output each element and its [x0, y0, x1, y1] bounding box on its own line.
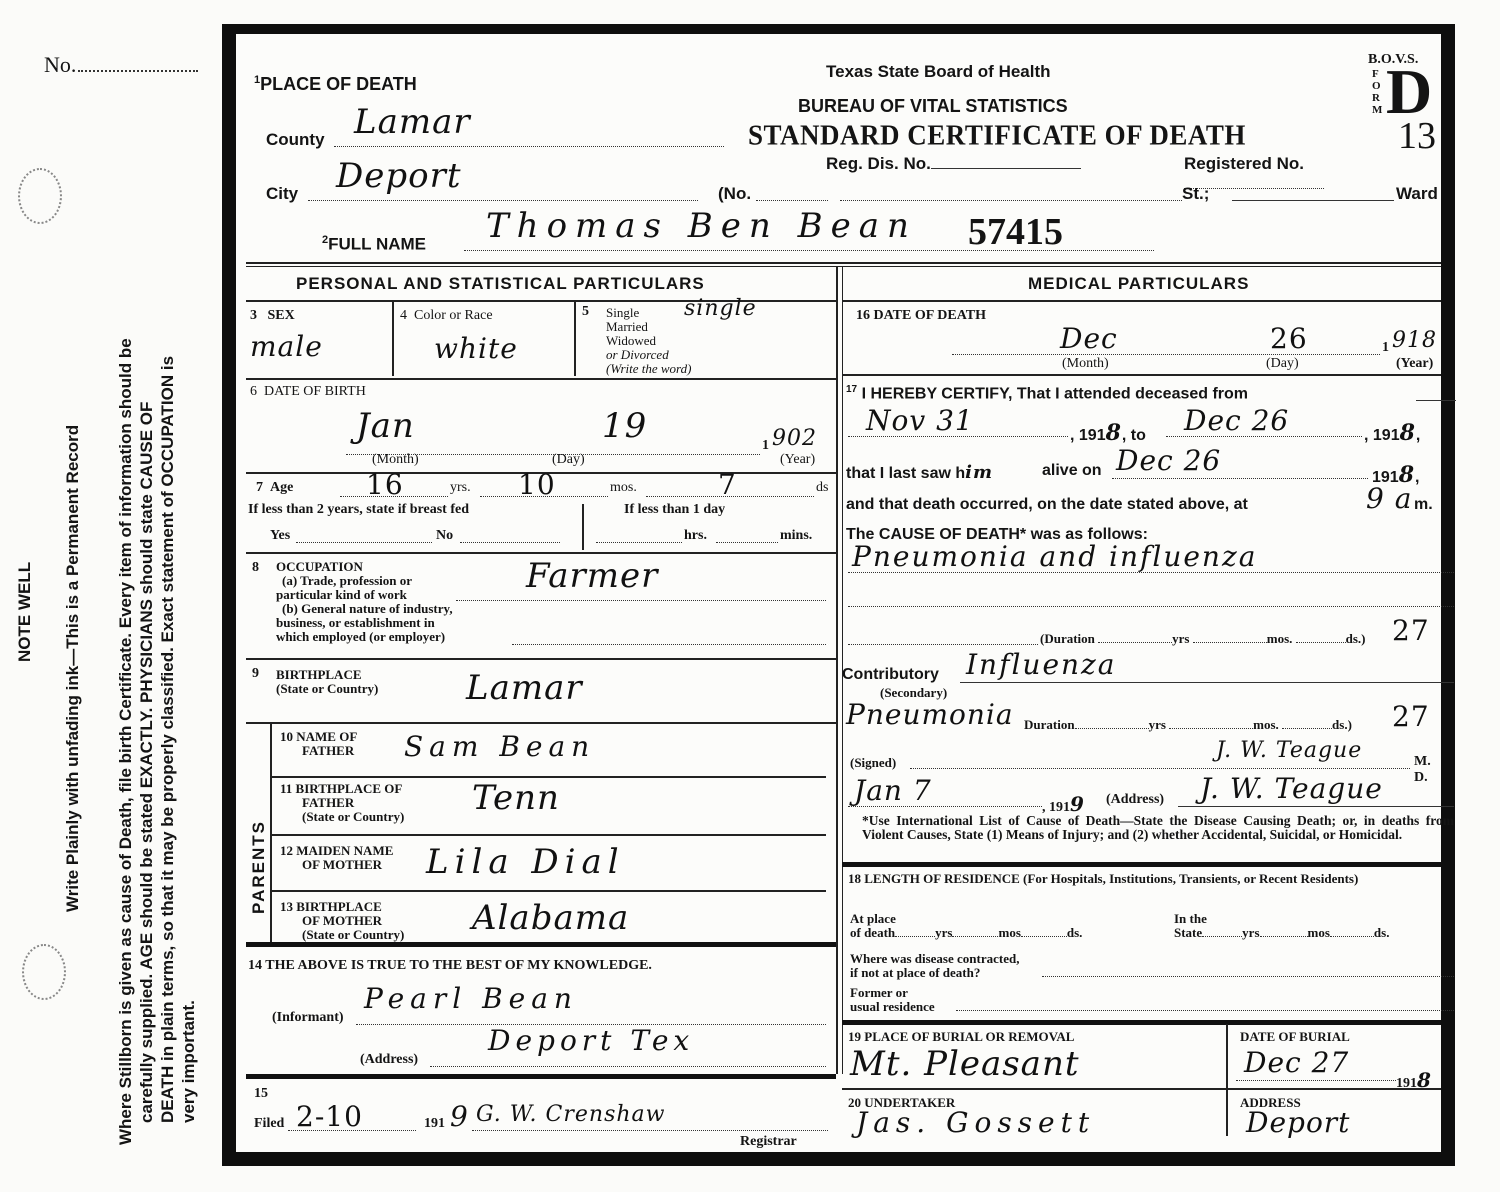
race-field[interactable]: white — [434, 332, 518, 365]
mother-name-field[interactable]: Lila Dial — [426, 842, 625, 882]
divider — [1226, 1024, 1228, 1136]
cause-line-2[interactable] — [848, 606, 1454, 607]
city-label: City — [266, 184, 298, 204]
divider — [246, 658, 836, 660]
divider — [842, 862, 1441, 867]
cause-footnote: *Use International List of Cause of Deat… — [862, 814, 1454, 842]
signed-label: (Signed) — [850, 756, 896, 770]
file-number: No. — [44, 52, 198, 78]
divider — [246, 942, 836, 947]
divider — [270, 890, 826, 892]
marital-options: Single Married Widowed or Divorced (Writ… — [606, 306, 691, 376]
contracted-label: Where was disease contracted, if not at … — [850, 952, 1019, 980]
marital-field[interactable]: single — [684, 296, 757, 321]
contributory-label: Contributory — [842, 666, 939, 684]
informant-field[interactable]: Pearl Bean — [364, 982, 578, 1015]
alive-on-label: alive on — [1042, 462, 1102, 480]
from-year-field[interactable]: 8 — [1106, 420, 1122, 446]
sex-label: 3 SEX — [250, 308, 295, 324]
month-caption: (Month) — [372, 452, 419, 468]
burial-date-field[interactable]: Dec 27 — [1244, 1046, 1349, 1079]
hours-field[interactable] — [596, 542, 682, 543]
former-residence-field[interactable] — [956, 1010, 1454, 1011]
instruction-line: Where Stillborn is given as cause of Dea… — [115, 338, 136, 1145]
breast-fed-no-label: No — [436, 528, 453, 544]
occupation-a-line — [456, 600, 826, 601]
alive-date-line — [1112, 478, 1368, 479]
in-state-label: In the Stateyrsmosds. — [1174, 912, 1389, 940]
sex-field[interactable]: male — [250, 330, 323, 363]
burial-place-field[interactable]: Mt. Pleasant — [850, 1044, 1080, 1084]
attended-from-field[interactable]: Nov 31 — [866, 404, 974, 437]
informant-statement: 14 THE ABOVE IS TRUE TO THE BEST OF MY K… — [248, 958, 652, 974]
divider — [270, 834, 826, 836]
instructions-block: Where Stillborn is given as cause of Dea… — [115, 338, 199, 1145]
alive-date-field[interactable]: Dec 26 — [1116, 444, 1221, 477]
mins-label: mins. — [780, 528, 812, 544]
less-than-day-label: If less than 1 day — [624, 502, 725, 518]
day-caption: (Day) — [1266, 356, 1299, 372]
write-plainly-note: Write Plainly with unfading ink—This is … — [62, 425, 83, 912]
informant-label: (Informant) — [272, 1010, 344, 1026]
birthplace-field[interactable]: Lamar — [466, 668, 583, 708]
full-name-field[interactable]: Thomas Ben Bean — [486, 206, 917, 246]
contracted-field[interactable] — [1042, 976, 1454, 977]
occupation-field[interactable]: Farmer — [526, 556, 658, 596]
instruction-line: DEATH in plain terms, so that it may be … — [157, 338, 178, 1145]
street-field[interactable] — [840, 200, 1182, 201]
certify-line — [1416, 400, 1456, 401]
contributory-duration-label: Durationyrs mos. ds.) — [1024, 718, 1352, 732]
ward-label: Ward — [1396, 184, 1438, 204]
informant-address-field[interactable]: Deport Tex — [488, 1024, 694, 1057]
dob-year-field[interactable]: 902 — [772, 426, 817, 451]
street-no-field[interactable] — [756, 200, 828, 201]
ds-label: ds — [816, 480, 828, 496]
divider — [582, 504, 584, 550]
undertaker-field[interactable]: Jas. Gossett — [856, 1106, 1095, 1139]
age-years-field[interactable]: 16 — [366, 468, 404, 501]
occupation-num: 8 — [252, 560, 259, 576]
birthplace-label: BIRTHPLACE (State or Country) — [276, 668, 378, 696]
mos-label: mos. — [610, 480, 637, 496]
city-field-line — [308, 200, 698, 201]
attended-to-field[interactable]: Dec 26 — [1184, 404, 1289, 437]
divider — [842, 1088, 1441, 1090]
residence-heading: 18 LENGTH OF RESIDENCE (For Hospitals, I… — [848, 872, 1458, 886]
punch-hole-icon — [22, 944, 66, 1000]
burial-place-label: 19 PLACE OF BURIAL OR REMOVAL — [848, 1030, 1074, 1044]
registrar-line — [472, 1130, 828, 1131]
divider — [246, 1074, 836, 1079]
signed-line — [910, 768, 1410, 769]
at-place-label: At place of deathyrsmosds. — [850, 912, 1082, 940]
note-well-label: NOTE WELL — [14, 562, 35, 662]
dob-day-field[interactable]: 19 — [602, 406, 647, 446]
death-time-field[interactable]: 9 a — [1366, 482, 1412, 515]
minutes-field[interactable] — [716, 542, 778, 543]
physician-address-label: (Address) — [1106, 792, 1164, 808]
instruction-line: very important. — [178, 338, 199, 1145]
father-birthplace-field[interactable]: Tenn — [472, 778, 560, 818]
md-suffix: M. D. — [1414, 754, 1441, 786]
former-residence-label: Former or usual residence — [850, 986, 935, 1014]
bureau-name: BUREAU OF VITAL STATISTICS — [798, 96, 1068, 117]
race-label: 4 Color or Race — [400, 308, 493, 324]
breast-fed-no-field[interactable] — [460, 542, 560, 543]
divider — [246, 552, 836, 554]
time-suffix: m. — [1414, 496, 1433, 514]
column-divider — [836, 266, 838, 1074]
death-date-line — [952, 354, 1380, 355]
divider — [842, 1020, 1441, 1025]
street-no-label: (No. — [718, 184, 751, 204]
to-year-field[interactable]: 8 — [1400, 420, 1416, 446]
informant-address-line — [430, 1066, 826, 1067]
birthplace-num: 9 — [252, 666, 259, 682]
ward-field[interactable] — [1232, 200, 1394, 201]
physician-signature-field[interactable]: J. W. Teague — [1216, 738, 1362, 763]
form-number: 13 — [1398, 114, 1436, 158]
death-year-prefix: 1 — [1382, 340, 1389, 356]
yrs-label: yrs. — [450, 480, 471, 496]
pronoun-field[interactable]: im — [965, 462, 993, 483]
county-label: County — [266, 130, 325, 150]
death-occurred-label: and that death occurred, on the date sta… — [846, 496, 1248, 514]
personal-heading: PERSONAL AND STATISTICAL PARTICULARS — [296, 274, 705, 294]
filed-year-prefix: 191 — [424, 1116, 445, 1132]
cause-duration-label: (Duration yrs mos. ds.) — [1040, 632, 1366, 646]
contributory-field-2[interactable]: Pneumonia — [846, 698, 1014, 731]
divider — [842, 374, 1441, 376]
reg-dis-label: Reg. Dis. No. — [826, 154, 1081, 174]
registrar-field[interactable]: G. W. Crenshaw — [476, 1102, 665, 1127]
file-number-field — [78, 70, 198, 72]
death-month-field[interactable]: Dec — [1060, 322, 1118, 355]
filed-num: 15 — [254, 1086, 268, 1102]
breast-fed-label: If less than 2 years, state if breast fe… — [248, 502, 469, 518]
board-name: Texas State Board of Health — [826, 62, 1051, 82]
hrs-label: hrs. — [684, 528, 707, 544]
age-months-field[interactable]: 10 — [518, 468, 556, 501]
filed-label: Filed — [254, 1116, 284, 1132]
divider — [246, 378, 836, 380]
divider — [392, 302, 394, 376]
year-caption: (Year) — [1396, 356, 1433, 372]
father-birthplace-label: 11 BIRTHPLACE OF FATHER (State or Countr… — [280, 782, 404, 824]
breast-fed-yes-label: Yes — [270, 528, 290, 544]
death-day-field[interactable]: 26 — [1270, 322, 1308, 355]
mother-birthplace-field[interactable]: Alabama — [472, 898, 629, 938]
divider — [574, 302, 576, 376]
registrar-label: Registrar — [740, 1134, 797, 1150]
punch-hole-icon — [18, 168, 62, 224]
file-number-label: No. — [44, 52, 76, 77]
divider — [246, 266, 1441, 267]
burial-date-label: DATE OF BURIAL — [1240, 1030, 1350, 1044]
county-field[interactable]: Lamar — [354, 102, 471, 142]
marital-num: 5 — [582, 304, 589, 320]
city-field[interactable]: Deport — [336, 156, 462, 196]
undertaker-address-field[interactable]: Deport — [1246, 1106, 1350, 1139]
death-date-label: 16 DATE OF DEATH — [856, 308, 986, 324]
physician-address-field[interactable]: J. W. Teague — [1200, 772, 1383, 805]
breast-fed-yes-field[interactable] — [296, 542, 432, 543]
cause-duration-days-field[interactable]: 27 — [1392, 614, 1430, 647]
age-days-field[interactable]: 7 — [718, 468, 737, 501]
certify-statement: 17 I HEREBY CERTIFY, That I attended dec… — [846, 384, 1248, 403]
duration-line — [848, 644, 1038, 645]
last-saw-label: that I last saw him — [846, 462, 993, 483]
death-year-field[interactable]: 918 — [1392, 328, 1437, 353]
occupation-b-field[interactable] — [512, 644, 826, 645]
divider — [246, 262, 1441, 264]
cause-of-death-field[interactable]: Pneumonia and influenza — [852, 540, 1257, 573]
from-year: , 1918, to — [1070, 420, 1146, 446]
dob-month-field[interactable]: Jan — [356, 406, 415, 446]
day-caption: (Day) — [552, 452, 585, 468]
age-label: 7 Age — [256, 480, 293, 496]
divider — [842, 300, 1441, 302]
form-word-vertical: FORM — [1372, 68, 1382, 116]
to-year: , 1918, — [1364, 420, 1420, 446]
contributory-days-field[interactable]: 27 — [1392, 700, 1430, 733]
filed-date-field[interactable]: 2-10 — [296, 1100, 363, 1133]
certificate-number-stamp: 57415 — [968, 210, 1063, 254]
year-caption: (Year) — [780, 452, 815, 468]
county-field-line — [334, 146, 724, 147]
month-caption: (Month) — [1062, 356, 1109, 372]
place-of-death-heading: 1PLACE OF DEATH — [254, 74, 417, 95]
filed-year-field[interactable]: 9 — [450, 1100, 469, 1133]
father-name-label: 10 NAME OF FATHER — [280, 730, 357, 758]
contributory-field[interactable]: Influenza — [966, 648, 1117, 681]
divider — [246, 722, 836, 724]
instruction-line: carefully supplied. AGE should be stated… — [136, 338, 157, 1145]
occupation-labels: OCCUPATION (a) Trade, profession or part… — [276, 560, 453, 644]
death-certificate: Texas State Board of Health BUREAU OF VI… — [222, 24, 1455, 1166]
street-label: St.; — [1182, 184, 1209, 204]
divider — [270, 724, 272, 942]
mother-name-label: 12 MAIDEN NAME OF MOTHER — [280, 844, 393, 872]
parents-side-label: PARENTS — [248, 820, 269, 914]
physician-address-line — [1178, 806, 1454, 807]
burial-date-line — [1236, 1080, 1396, 1081]
dob-label: 6 DATE OF BIRTH — [250, 384, 366, 400]
mother-birthplace-label: 13 BIRTHPLACE OF MOTHER (State or Countr… — [280, 900, 404, 942]
page-title: STANDARD CERTIFICATE OF DEATH — [748, 119, 1246, 152]
contributory-line — [960, 682, 1454, 683]
father-name-field[interactable]: Sam Bean — [404, 730, 595, 763]
informant-address-label: (Address) — [360, 1052, 418, 1068]
full-name-label: 2FULL NAME — [322, 234, 426, 255]
dob-year-prefix: 1 — [762, 438, 769, 454]
sign-date-field[interactable]: Jan 7 — [854, 774, 932, 807]
medical-heading: MEDICAL PARTICULARS — [1028, 274, 1249, 294]
